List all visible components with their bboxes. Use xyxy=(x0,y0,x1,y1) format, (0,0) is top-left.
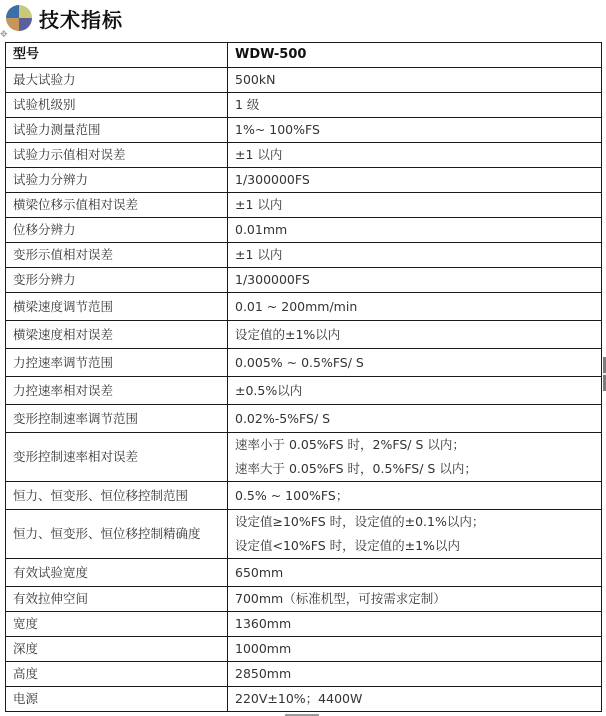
row-value: 0.005% ~ 0.5%FS/ S xyxy=(228,349,602,377)
row-value: 220V±10%；4400W xyxy=(228,687,602,712)
row-value: 1/300000FS xyxy=(228,268,602,293)
pie-chart-icon xyxy=(6,5,32,31)
row-key: 宽度 xyxy=(6,612,228,637)
row-value: 1360mm xyxy=(228,612,602,637)
row-key: 最大试验力 xyxy=(6,68,228,93)
table-row: 横梁位移示值相对误差 ±1 以内 xyxy=(6,193,602,218)
row-key: 深度 xyxy=(6,637,228,662)
row-value: 0.5% ~ 100%FS； xyxy=(228,482,602,510)
table-row: 电源 220V±10%；4400W xyxy=(6,687,602,712)
table-row: 试验力分辨力 1/300000FS xyxy=(6,168,602,193)
row-value: 设定值的±1%以内 xyxy=(228,321,602,349)
header-value-cell: WDW-500 xyxy=(228,43,602,68)
row-key: 恒力、恒变形、恒位移控制精确度 xyxy=(6,510,228,559)
table-row: 恒力、恒变形、恒位移控制范围 0.5% ~ 100%FS； xyxy=(6,482,602,510)
row-value: 650mm xyxy=(228,559,602,587)
table-row: 试验力测量范围 1%~ 100%FS xyxy=(6,118,602,143)
table-row: 变形控制速率调节范围 0.02%-5%FS/ S xyxy=(6,405,602,433)
table-row: 有效拉伸空间 700mm（标准机型，可按需求定制） xyxy=(6,587,602,612)
table-row: 横梁速度相对误差 设定值的±1%以内 xyxy=(6,321,602,349)
spec-table: 型号 WDW-500 最大试验力 500kN 试验机级别 1 级 试验力测量范围… xyxy=(5,42,602,712)
row-value: 700mm（标准机型，可按需求定制） xyxy=(228,587,602,612)
row-key: 变形控制速率相对误差 xyxy=(6,433,228,482)
row-key: 变形示值相对误差 xyxy=(6,243,228,268)
table-row: 试验机级别 1 级 xyxy=(6,93,602,118)
row-value: 500kN xyxy=(228,68,602,93)
row-value: ±1 以内 xyxy=(228,193,602,218)
table-row: 深度 1000mm xyxy=(6,637,602,662)
row-value: 0.01mm xyxy=(228,218,602,243)
row-key: 试验力分辨力 xyxy=(6,168,228,193)
row-key: 有效试验宽度 xyxy=(6,559,228,587)
row-value: 1%~ 100%FS xyxy=(228,118,602,143)
row-key: 变形控制速率调节范围 xyxy=(6,405,228,433)
table-row: 试验力示值相对误差 ±1 以内 xyxy=(6,143,602,168)
section-heading: 技术指标 xyxy=(6,4,123,32)
value-line: 设定值≥10%FS 时，设定值的±0.1%以内； xyxy=(235,510,601,534)
row-key: 横梁速度相对误差 xyxy=(6,321,228,349)
row-value: 1000mm xyxy=(228,637,602,662)
row-value: 0.01 ~ 200mm/min xyxy=(228,293,602,321)
table-row: 位移分辨力 0.01mm xyxy=(6,218,602,243)
header-key-cell: 型号 xyxy=(6,43,228,68)
row-key: 变形分辨力 xyxy=(6,268,228,293)
row-value: 0.02%-5%FS/ S xyxy=(228,405,602,433)
table-row: 变形示值相对误差 ±1 以内 xyxy=(6,243,602,268)
row-value: 2850mm xyxy=(228,662,602,687)
table-row: 恒力、恒变形、恒位移控制精确度 设定值≥10%FS 时，设定值的±0.1%以内；… xyxy=(6,510,602,559)
row-key: 力控速率相对误差 xyxy=(6,377,228,405)
table-row: 高度 2850mm xyxy=(6,662,602,687)
row-key: 力控速率调节范围 xyxy=(6,349,228,377)
table-row: 变形分辨力 1/300000FS xyxy=(6,268,602,293)
row-key: 横梁速度调节范围 xyxy=(6,293,228,321)
row-key: 试验力测量范围 xyxy=(6,118,228,143)
row-key: 横梁位移示值相对误差 xyxy=(6,193,228,218)
table-row: 力控速率调节范围 0.005% ~ 0.5%FS/ S xyxy=(6,349,602,377)
row-value: ±1 以内 xyxy=(228,143,602,168)
row-value: 设定值≥10%FS 时，设定值的±0.1%以内； 设定值<10%FS 时，设定值… xyxy=(228,510,602,559)
table-row: 变形控制速率相对误差 速率小于 0.05%FS 时，2%FS/ S 以内； 速率… xyxy=(6,433,602,482)
row-key: 试验力示值相对误差 xyxy=(6,143,228,168)
row-key: 有效拉伸空间 xyxy=(6,587,228,612)
table-header-row: 型号 WDW-500 xyxy=(6,43,602,68)
value-line: 速率大于 0.05%FS 时，0.5%FS/ S 以内； xyxy=(235,457,601,481)
row-value: 速率小于 0.05%FS 时，2%FS/ S 以内； 速率大于 0.05%FS … xyxy=(228,433,602,482)
table-row: 最大试验力 500kN xyxy=(6,68,602,93)
value-line: 设定值<10%FS 时，设定值的±1%以内 xyxy=(235,534,601,558)
row-key: 电源 xyxy=(6,687,228,712)
table-row: 宽度 1360mm xyxy=(6,612,602,637)
table-row: 有效试验宽度 650mm xyxy=(6,559,602,587)
value-line: 速率小于 0.05%FS 时，2%FS/ S 以内； xyxy=(235,433,601,457)
row-value: 1/300000FS xyxy=(228,168,602,193)
table-row: 横梁速度调节范围 0.01 ~ 200mm/min xyxy=(6,293,602,321)
row-key: 位移分辨力 xyxy=(6,218,228,243)
row-key: 试验机级别 xyxy=(6,93,228,118)
row-value: 1 级 xyxy=(228,93,602,118)
row-key: 高度 xyxy=(6,662,228,687)
section-title: 技术指标 xyxy=(39,4,123,33)
row-value: ±0.5%以内 xyxy=(228,377,602,405)
table-row: 力控速率相对误差 ±0.5%以内 xyxy=(6,377,602,405)
table-move-handle-icon[interactable]: ✥ xyxy=(0,30,10,40)
row-key: 恒力、恒变形、恒位移控制范围 xyxy=(6,482,228,510)
row-value: ±1 以内 xyxy=(228,243,602,268)
